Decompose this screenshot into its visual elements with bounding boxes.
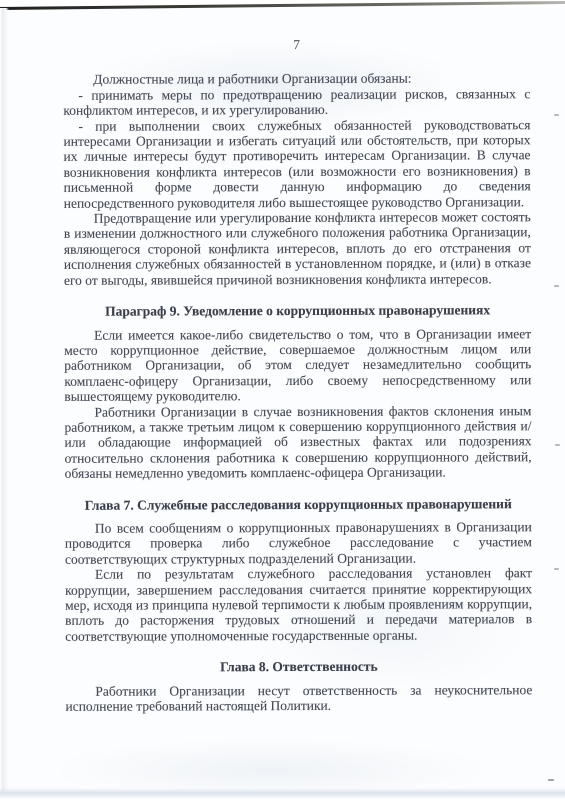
document-content: 7 Должностные лица и работники Организац… <box>63 0 532 714</box>
bullet-duty-conduct: - при выполнении своих служебных обязанн… <box>63 117 530 211</box>
scan-speck <box>554 114 559 116</box>
heading-paragraph-9: Параграф 9. Уведомление о коррупционных … <box>64 302 531 319</box>
paragraph-responsibility: Работники Организации несут ответственно… <box>65 682 532 714</box>
scan-blotch <box>60 740 480 790</box>
scan-speck <box>554 285 559 287</box>
scan-bottom-edge <box>0 788 565 800</box>
scan-speck <box>554 568 559 570</box>
paragraph-investigation-outcome: Если по результатам служебного расследов… <box>65 565 532 644</box>
scan-left-shadow <box>0 8 9 800</box>
paragraph-investigation-procedure: По всем сообщениям о коррупционных право… <box>65 519 532 567</box>
heading-chapter-7: Глава 7. Служебные расследования коррупц… <box>65 496 532 513</box>
scan-speck <box>555 444 560 446</box>
paragraph-conflict-prevention: Предотвращение или урегулирование конфли… <box>64 209 531 288</box>
heading-chapter-8: Глава 8. Ответственность <box>65 658 532 675</box>
scanned-page: 7 Должностные лица и работники Организац… <box>0 0 565 800</box>
paragraph-notification-duty: Если имеется какое-либо свидетельство о … <box>64 326 531 405</box>
paragraph-notification-inducement: Работники Организации в случае возникнов… <box>64 403 531 482</box>
scan-speck <box>548 779 554 781</box>
paragraph-obligations-lead: Должностные лица и работники Организации… <box>63 71 530 88</box>
bullet-conflict-measures: - принимать меры по предотвращению реали… <box>63 86 530 118</box>
